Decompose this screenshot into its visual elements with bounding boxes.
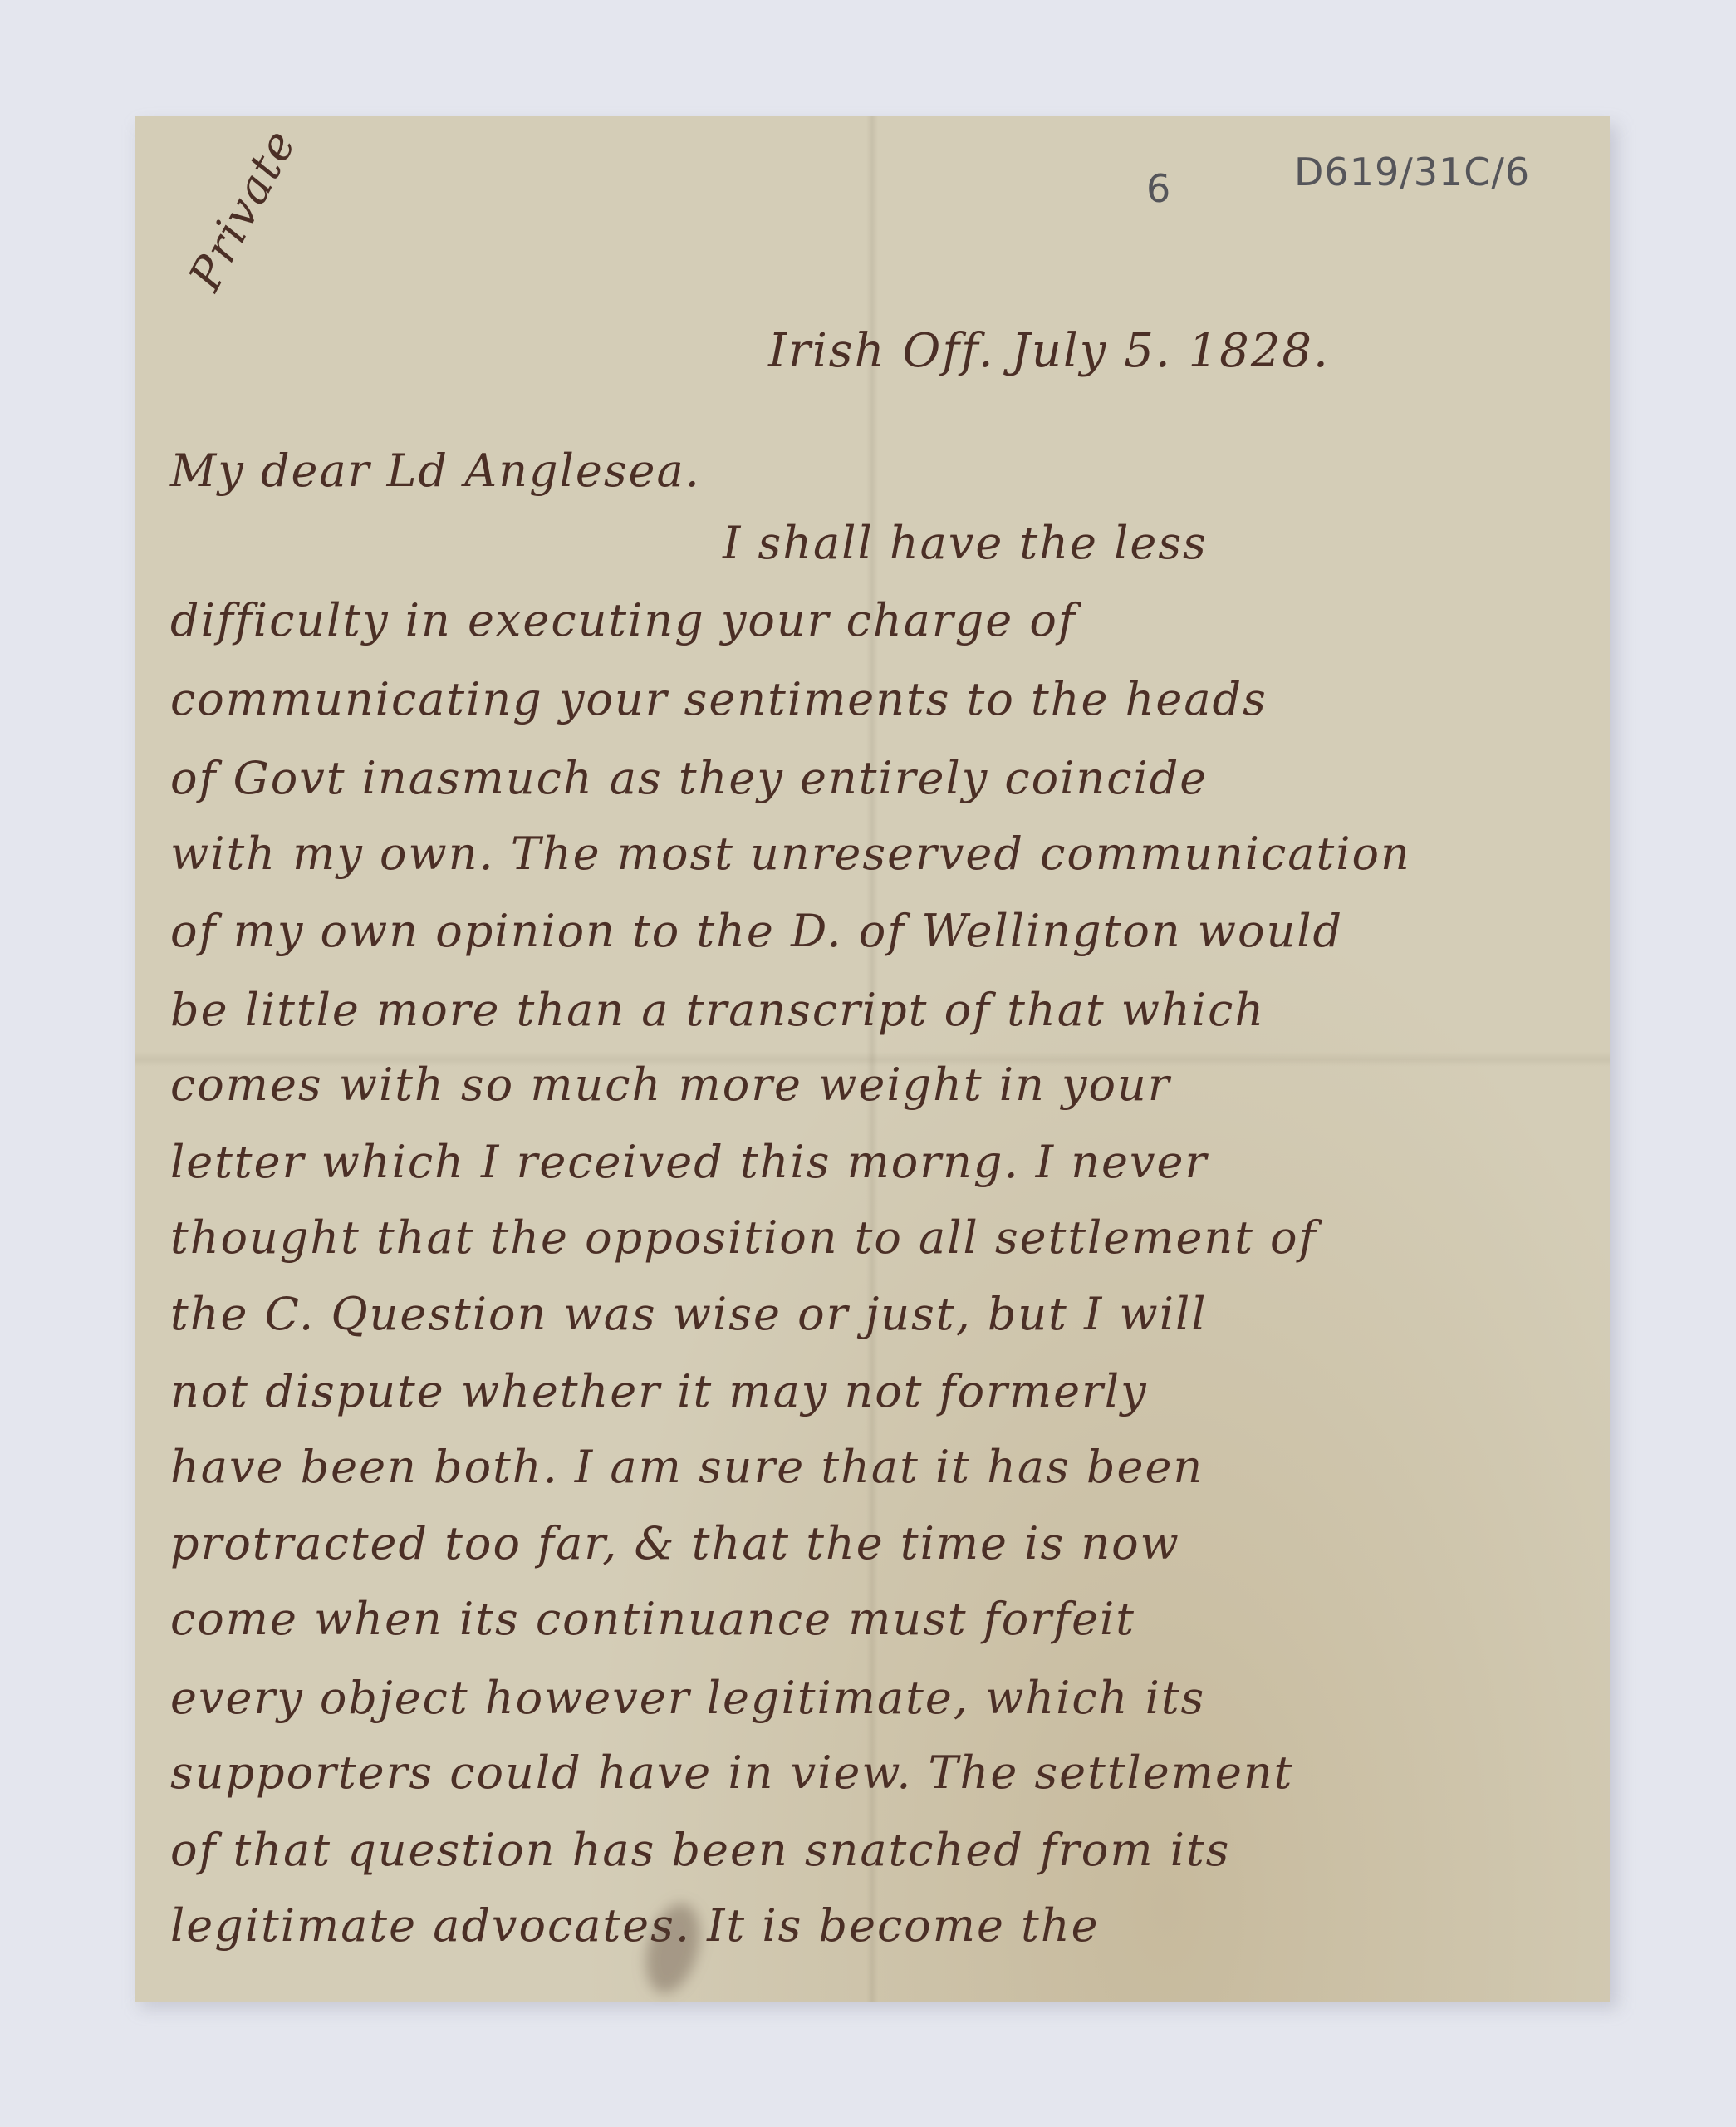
salutation: My dear Ld Anglesea. [170,445,701,497]
body-line: I shall have the less [723,517,1208,569]
body-line: the C. Question was wise or just, but I … [170,1288,1208,1340]
body-line: communicating your sentiments to the hea… [170,673,1268,725]
body-line: have been both. I am sure that it has be… [170,1441,1204,1493]
body-line: thought that the opposition to all settl… [170,1211,1317,1264]
body-line: letter which I received this morng. I ne… [170,1136,1208,1188]
body-line: of my own opinion to the D. of Wellingto… [170,905,1343,957]
body-line: come when its continuance must forfeit [170,1593,1135,1645]
body-line: legitimate advocates. It is become the [170,1899,1100,1952]
dateline: Irish Off. July 5. 1828. [768,324,1330,378]
body-line: every object however legitimate, which i… [170,1672,1205,1724]
body-line: supporters could have in view. The settl… [170,1746,1293,1799]
body-line: of that question has been snatched from … [170,1824,1230,1876]
body-line: of Govt inasmuch as they entirely coinci… [170,752,1208,804]
body-line: with my own. The most unreserved communi… [170,828,1411,880]
body-line: protracted too far, & that the time is n… [170,1517,1180,1569]
body-line: difficulty in executing your charge of [170,594,1076,646]
body-line: not dispute whether it may not formerly [170,1365,1148,1417]
archive-reference: D619/31C/6 [1294,150,1530,194]
folio-number: 6 [1146,166,1171,211]
body-line: be little more than a transcript of that… [170,984,1265,1036]
body-line: comes with so much more weight in your [170,1059,1171,1111]
